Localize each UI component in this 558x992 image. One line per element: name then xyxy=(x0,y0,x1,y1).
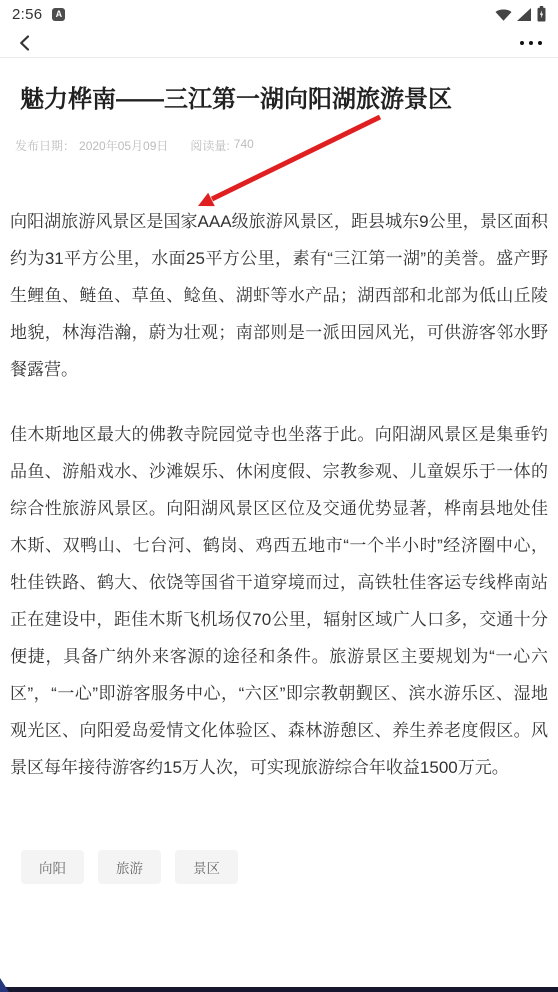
bottom-cutoff-bar xyxy=(0,987,558,992)
phone-screen: 2:56 A xyxy=(0,0,558,992)
annotation-arrow-shaft xyxy=(212,117,380,199)
battery-charging-icon xyxy=(537,6,546,22)
article-meta: 发布日期： 2020年05月09日 阅读量: 740 xyxy=(15,137,543,154)
tag-chip-jingqu[interactable]: 景区 xyxy=(175,850,238,884)
publish-date-value: 2020年05月09日 xyxy=(79,137,168,154)
cellular-signal-icon xyxy=(517,8,532,21)
status-bar: 2:56 A xyxy=(0,0,558,28)
back-button[interactable] xyxy=(14,32,36,54)
publish-date-label: 发布日期： xyxy=(15,137,75,154)
bottom-corner-shape xyxy=(0,978,9,992)
views-label: 阅读量: xyxy=(190,137,229,154)
tag-list: 向阳 旅游 景区 xyxy=(21,850,558,884)
nav-bar xyxy=(0,28,558,58)
tag-chip-xiangyang[interactable]: 向阳 xyxy=(21,850,84,884)
article-title: 魅力桦南——三江第一湖向阳湖旅游景区 xyxy=(20,85,538,116)
chevron-left-icon xyxy=(16,34,34,52)
more-options-button[interactable] xyxy=(518,39,544,47)
tag-chip-lvyou[interactable]: 旅游 xyxy=(98,850,161,884)
article-paragraph-1: 向阳湖旅游风景区是国家AAA级旅游风景区，距县城东9公里，景区面积约为31平方公… xyxy=(10,203,548,388)
status-time: 2:56 xyxy=(12,6,42,23)
ellipsis-icon xyxy=(520,41,542,45)
article-body: 向阳湖旅游风景区是国家AAA级旅游风景区，距县城东9公里，景区面积约为31平方公… xyxy=(0,203,558,786)
article-paragraph-2: 佳木斯地区最大的佛教寺院园觉寺也坐落于此。向阳湖风景区是集垂钓品鱼、游船戏水、沙… xyxy=(10,416,548,786)
wifi-icon xyxy=(495,8,512,21)
notification-app-icon: A xyxy=(52,8,65,21)
views-value: 740 xyxy=(234,137,254,154)
